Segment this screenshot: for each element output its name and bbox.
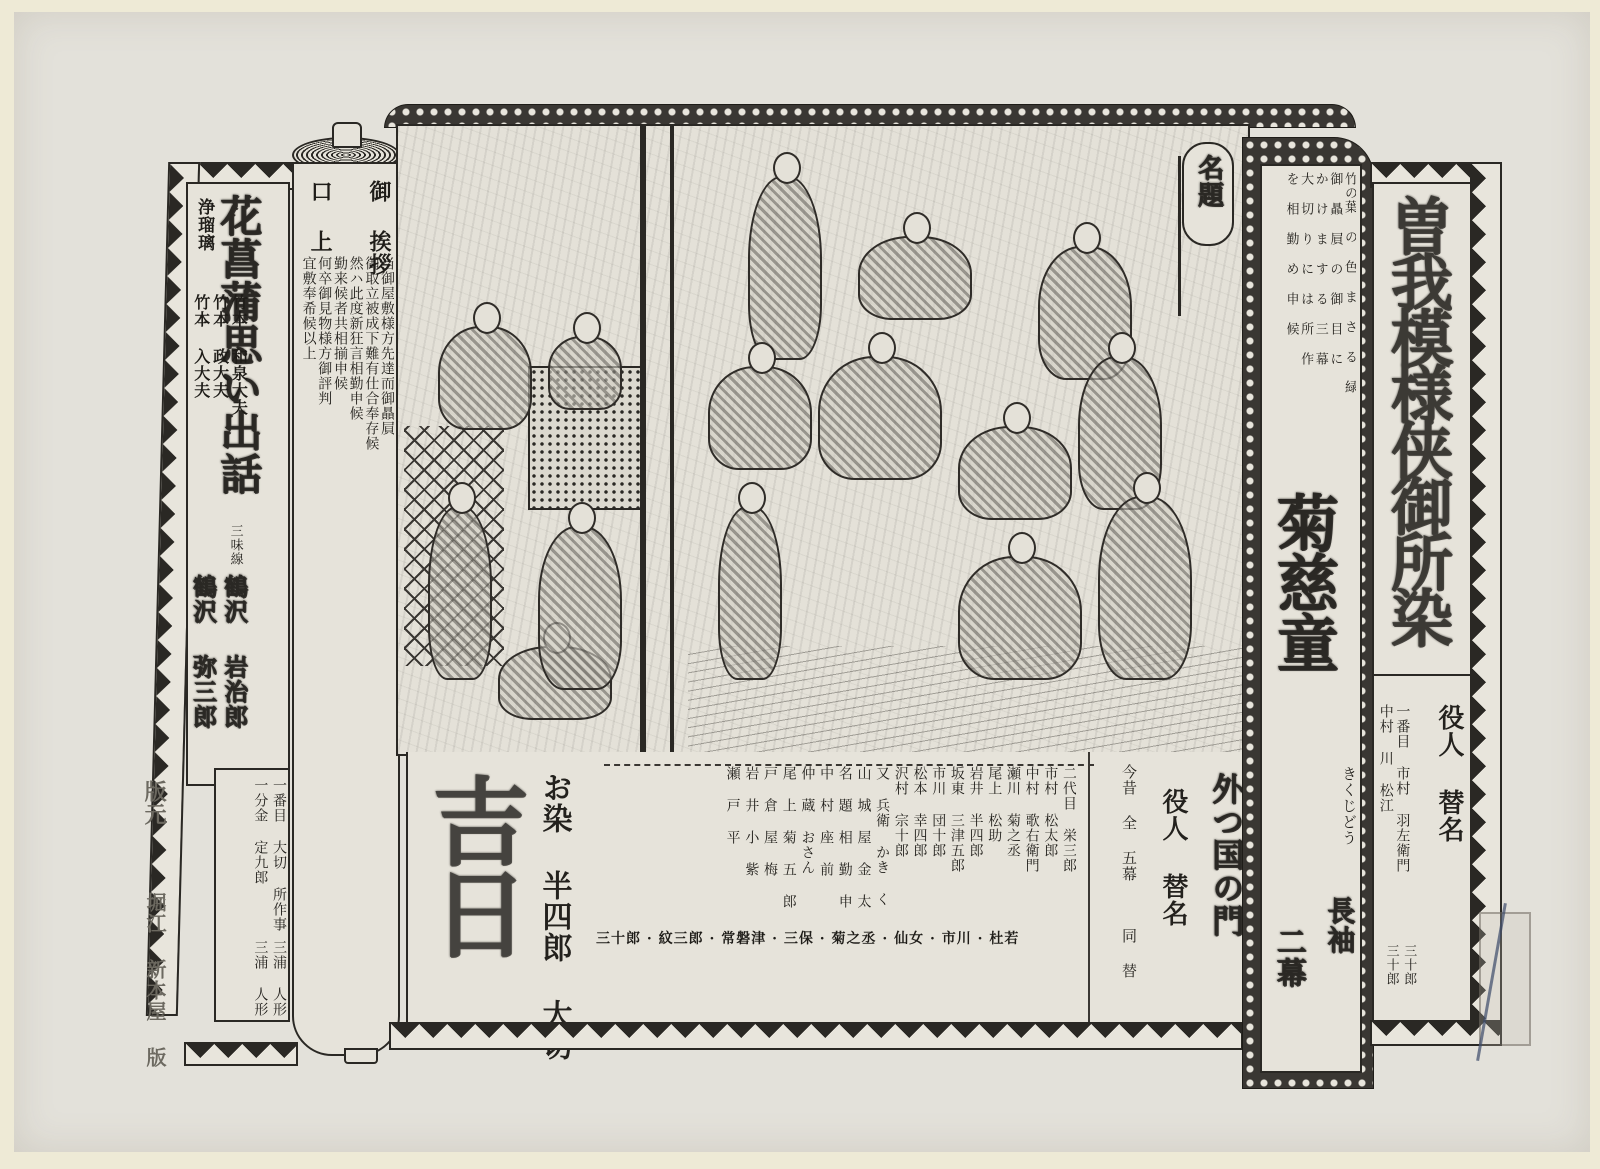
kojo-heading-left: 口 上	[308, 180, 331, 253]
cast-entry: 岩井 半四郎	[968, 766, 983, 916]
cast-entry: 中村 歌右衛門	[1024, 766, 1039, 916]
far-right-cast-bottom: 三十郎 三十郎	[1384, 944, 1415, 986]
cast-panel: 吉日 お染 半四郎 大切 二代目 栄三郎 市村 松太郎 中村 歌右衛門 瀬川 菊…	[406, 752, 1258, 1024]
cast-entry: 松本 幸四郎	[912, 766, 927, 916]
kojo-body: 当御屋敷様方先達而御贔屓 御取立被成下難有仕合奉存候 然ハ此度新狂言相勤申候 勤…	[298, 256, 394, 1036]
performer-list: 竹本 入大夫 竹本 政大夫 竹本 和泉大夫	[192, 294, 246, 416]
cast-entry: 戸 倉 屋 梅	[762, 766, 777, 916]
figure-traveler-hat	[1098, 496, 1192, 680]
banner-ruby: きくじどう	[1340, 766, 1356, 846]
cast-entry: 名 題 相 勤 申 候	[837, 766, 852, 916]
bamboo-post	[1178, 156, 1181, 316]
shamisen-player: 鶴沢 岩治郎	[221, 574, 246, 729]
left-lower-panel: 一分金 定九郎 一番目 大切 所作事 三浦 人形 三浦 人形	[214, 768, 290, 1022]
cast-entry: 瀬 戸 平	[725, 766, 740, 916]
act-title: お染 半四郎 大切	[538, 772, 570, 1061]
intro-line: か け ま す る 三 幕	[1313, 172, 1327, 482]
figure-lord-seated	[858, 236, 972, 320]
publisher-name: 堀江 新本屋 版	[144, 892, 165, 1068]
bottom-left-zigzag-border	[184, 1042, 298, 1066]
bottom-zigzag-border	[389, 1022, 1243, 1050]
cast-entry: 岩 井 小 紫	[744, 766, 759, 916]
figure-group-left	[708, 366, 812, 470]
banner-subtitle: 長袖	[1325, 896, 1354, 954]
banner-label: 名題	[1194, 154, 1221, 208]
far-right-divider	[1374, 674, 1470, 676]
cast-columns-top: 二代目 栄三郎 市村 松太郎 中村 歌右衛門 瀬川 菊之丞 尾上 松助 岩井 半…	[596, 766, 1076, 916]
role-note: 今昔 全 五幕	[1120, 764, 1136, 882]
figure-warrior-center	[818, 356, 942, 480]
shamisen-player: 鶴沢 弥三郎	[190, 574, 215, 729]
cast-entry: 山 城 屋 金 太	[856, 766, 871, 916]
category-label: 浄瑠璃	[194, 198, 212, 252]
kojo-line: 当御屋敷様方先達而御贔屓	[379, 256, 394, 1036]
bamboo-post	[670, 126, 674, 754]
intro-line: を 相 勤 め 申 候	[1284, 172, 1298, 482]
role-title: 外つ国の門	[1208, 772, 1242, 937]
far-right-cast-entry: 中村 川 松江	[1378, 704, 1393, 873]
kojo-scroll: 御 挨拶 口 上 当御屋敷様方先達而御贔屓 御取立被成下難有仕合奉存候 然ハ此度…	[292, 162, 400, 1056]
figure-woman-pair	[548, 336, 622, 410]
figure-woman-umbrella	[428, 506, 492, 680]
intro-line: 大 切 り に は 所 作	[1298, 172, 1312, 482]
figure-woman-seated	[958, 426, 1072, 520]
cast-entry: 瀬川 菊之丞	[1005, 766, 1020, 916]
performer-name: 竹本 和泉大夫	[230, 294, 247, 416]
figure-man-walking	[718, 506, 782, 680]
kojo-line: 何卒御見物様方御評判	[317, 256, 332, 1036]
cast-bottom-row: 三十郎 · 紋三郎 · 常磐津 · 三保 · 菊之丞 · 仙女 · 市川 · 杜…	[596, 928, 1086, 948]
shamisen-list: 鶴沢 弥三郎 鶴沢 岩治郎	[190, 574, 246, 729]
lucky-day-banner: 吉日	[422, 772, 523, 956]
cast-entry: 尾 上 菊 五 郎	[781, 766, 796, 916]
figure-brawl	[958, 556, 1082, 680]
cast-dashed-divider	[604, 764, 1094, 766]
kojo-line: 然ハ此度新狂言相勤申候	[348, 256, 363, 1036]
scroll-bottom-knob	[344, 1048, 378, 1064]
banner-acts: 二幕	[1272, 926, 1304, 988]
far-right-big-title: 曽我模様侠御所染	[1384, 194, 1449, 642]
banner-large-title: 菊慈童	[1270, 491, 1335, 671]
far-right-cast-entry: 一番目 市村 羽左衛門	[1395, 704, 1410, 873]
shamisen-label: 三味線	[228, 524, 242, 566]
figure-samurai-spear	[748, 176, 822, 360]
cast-entry: 沢村 宗十郎	[893, 766, 908, 916]
cast-entry: 二代目 栄三郎	[1061, 766, 1076, 916]
collector-seal	[1479, 912, 1531, 1046]
right-banner: 竹の葉 の 色 ま さ る 緑 御 贔 屓 の 御 目 に か け ま す る …	[1260, 164, 1362, 1073]
paper-sheet: 浄瑠璃 花菖蒲思い出話 竹本 入大夫 竹本 政大夫 竹本 和泉大夫 三味線 鶴沢…	[14, 12, 1590, 1152]
far-right-cast-entry: 三十郎	[1402, 944, 1416, 986]
cast-entry: 尾上 松助	[987, 766, 1002, 916]
cast-entry: 中 村 座 前	[818, 766, 833, 916]
cast-entry: 又 兵衛 かき く	[874, 766, 889, 916]
banner-intro-text: 竹の葉 の 色 ま さ る 緑 御 贔 屓 の 御 目 に か け ま す る …	[1264, 172, 1356, 482]
figure-woman-standing	[538, 526, 622, 690]
intro-line: 竹の葉 の 色 ま さ る 緑	[1342, 172, 1356, 482]
intro-line: 御 贔 屓 の 御 目 に	[1328, 172, 1342, 482]
lower-note: 一番目 大切 所作事	[271, 778, 286, 932]
figure-lady-left	[438, 326, 532, 430]
far-right-cast-entry: 三十郎	[1384, 944, 1398, 986]
kojo-line: 御取立被成下難有仕合奉存候	[364, 256, 379, 1036]
lower-note: 三浦 人形	[271, 940, 286, 1017]
scroll-top-knob	[332, 122, 362, 148]
performer-name: 竹本 入大夫	[192, 294, 209, 416]
cast-entry: 市川 団十郎	[931, 766, 946, 916]
lower-note: 一分金 定九郎	[253, 778, 268, 932]
kojo-line: 宜敷奉希候以上	[301, 256, 316, 1036]
role-header: 役人 替名	[1159, 788, 1186, 927]
scene-illustration	[396, 124, 1250, 756]
cast-entry: 市村 松太郎	[1043, 766, 1058, 916]
role-note: 同 替	[1120, 928, 1136, 979]
left-program-panel: 浄瑠璃 花菖蒲思い出話 竹本 入大夫 竹本 政大夫 竹本 和泉大夫 三味線 鶴沢…	[186, 182, 290, 786]
kojo-line: 勤来候者共相揃申候	[332, 256, 347, 1036]
performer-name: 竹本 政大夫	[211, 294, 228, 416]
cast-entry: 仲 蔵 おさん	[800, 766, 815, 916]
far-right-title-column: 曽我模様侠御所染 役人 替名 中村 川 松江 一番目 市村 羽左衛門 三十郎 三…	[1372, 182, 1470, 1026]
banner-label-box: 名題	[1182, 142, 1234, 246]
cast-entry: 坂東 三津五郎	[949, 766, 964, 916]
section-divider	[1088, 752, 1090, 1022]
far-right-zigzag-border	[1470, 162, 1502, 1026]
publisher-seal-text: 版元	[142, 780, 165, 826]
far-right-cast: 中村 川 松江 一番目 市村 羽左衛門	[1378, 704, 1409, 873]
far-right-role-header: 役人 替名	[1435, 704, 1462, 843]
lower-note: 三浦 人形	[253, 940, 268, 1017]
